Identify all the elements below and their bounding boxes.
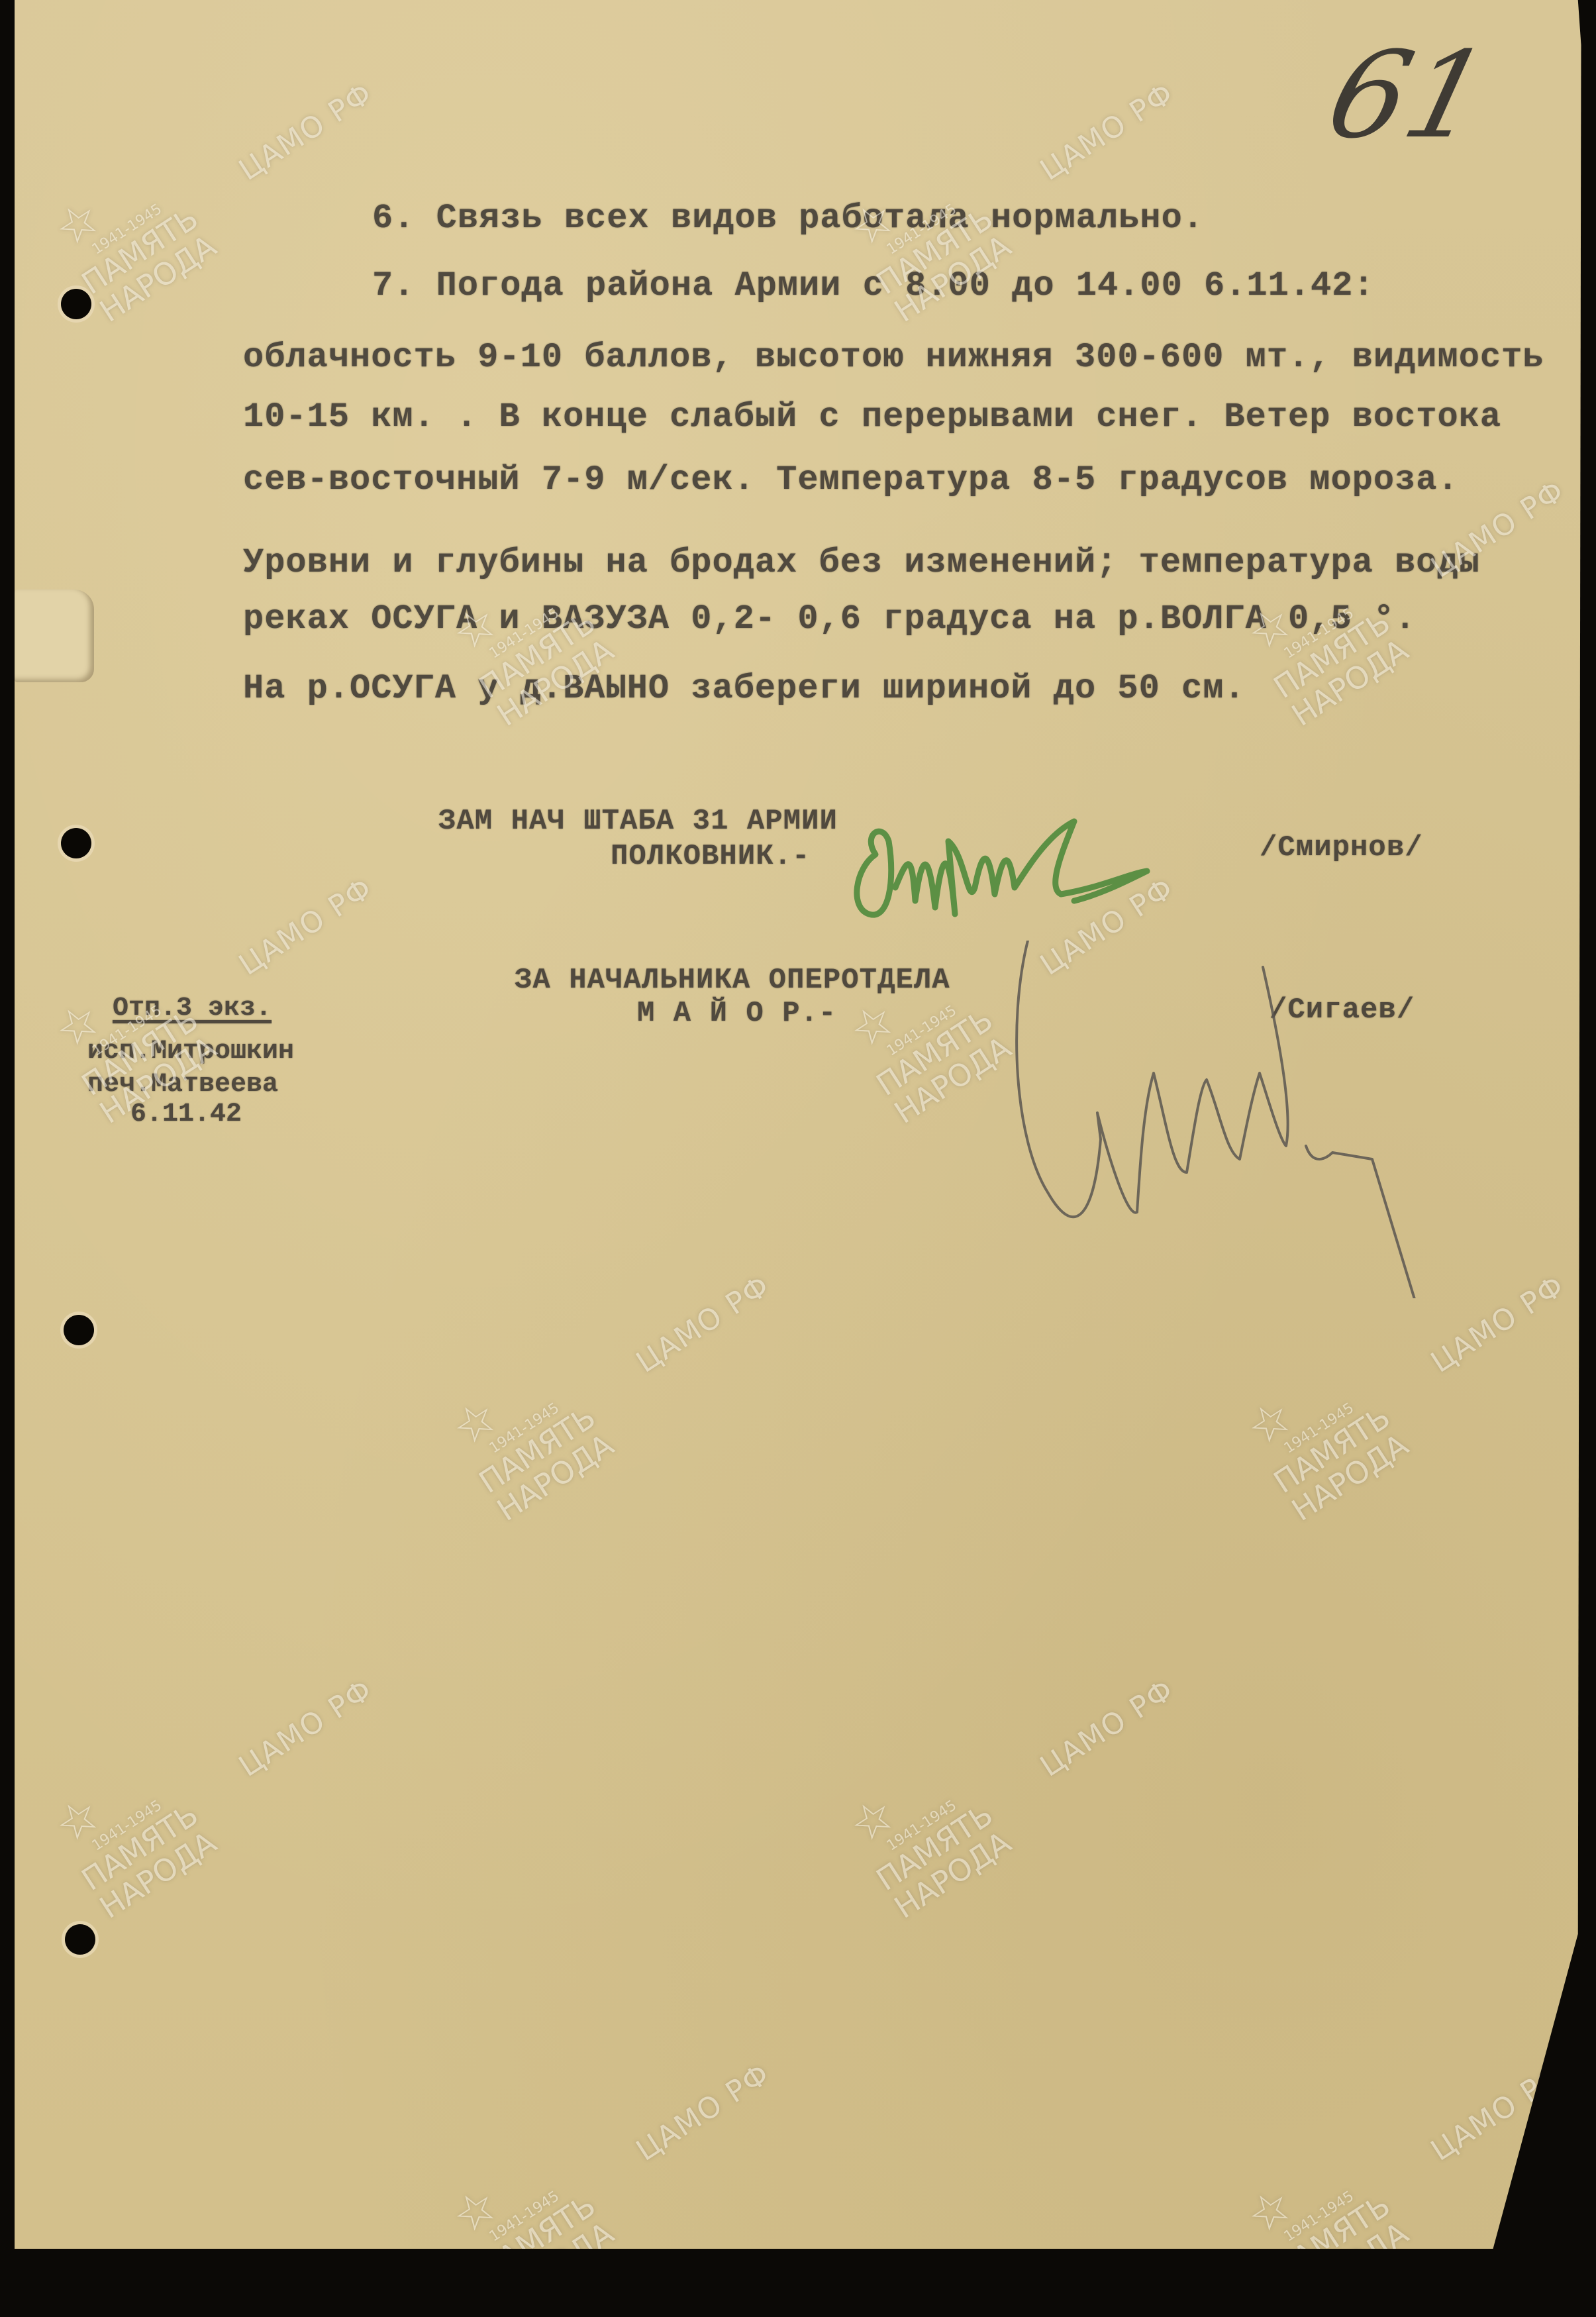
- watermark-tsamo: ЦАМО РФ: [630, 2057, 776, 2168]
- watermark-tsamo: ЦАМО РФ: [1034, 1673, 1180, 1784]
- watermark-pamyat-naroda: ☆ 1941-1945 ПАМЯТЬ НАРОДА: [836, 1721, 1052, 1926]
- item-7-line: облачность 9-10 баллов, высотою нижняя 3…: [243, 338, 1544, 377]
- item-7-line: 10-15 км. . В конце слабый с перерывами …: [243, 397, 1501, 437]
- signer-1-rank: ПОЛКОВНИК.-: [611, 840, 810, 873]
- punch-hole: [61, 289, 91, 319]
- watermark-tsamo: ЦАМО РФ: [1034, 76, 1180, 187]
- watermark-pamyat-naroda: ☆ 1941-1945 ПАМЯТЬ НАРОДА: [1233, 1323, 1450, 1528]
- watermark-tsamo: ЦАМО РФ: [630, 1268, 776, 1380]
- watermark-pamyat-naroda: ☆ 1941-1945 ПАМЯТЬ НАРОДА: [438, 2112, 655, 2257]
- document-sheet: 61 6. Связь всех видов работала нормальн…: [15, 0, 1587, 2249]
- punch-hole: [65, 1924, 95, 1955]
- watermark-tsamo: ЦАМО РФ: [1425, 2057, 1571, 2168]
- watermark-pamyat-naroda: ☆ 1941-1945 ПАМЯТЬ НАРОДА: [1233, 2112, 1450, 2257]
- watermark-pamyat-naroda: ☆ 1941-1945 ПАМЯТЬ НАРОДА: [41, 1721, 258, 1926]
- signature-smirnov: [849, 815, 1273, 927]
- signer-1-name: /Смирнов/: [1260, 831, 1423, 864]
- signature-sigaev: [1001, 941, 1478, 1298]
- watermark-tsamo: ЦАМО РФ: [233, 76, 379, 187]
- item-7-line: сев-восточный 7-9 м/сек. Температура 8-5…: [243, 460, 1459, 499]
- item-6: 6. Связь всех видов работала нормально.: [372, 199, 1204, 238]
- punch-hole: [61, 828, 91, 858]
- item-7-line: Уровни и глубины на бродах без изменений…: [243, 543, 1480, 582]
- watermark-pamyat-naroda: ☆ 1941-1945 ПАМЯТЬ НАРОДА: [438, 1323, 655, 1528]
- page-number: 61: [1315, 26, 1501, 165]
- signer-2-rank: М А Й О Р.-: [637, 997, 836, 1030]
- signer-1-title: ЗАМ НАЧ ШТАБА 31 АРМИИ: [438, 805, 838, 838]
- punch-hole: [64, 1315, 94, 1345]
- watermark-tsamo: ЦАМО РФ: [233, 1673, 379, 1784]
- item-7-line: На р.ОСУГА у д.ВАЫНО забереги шириной до…: [243, 669, 1246, 708]
- torn-edge: [15, 590, 94, 682]
- watermark-tsamo: ЦАМО РФ: [233, 871, 379, 982]
